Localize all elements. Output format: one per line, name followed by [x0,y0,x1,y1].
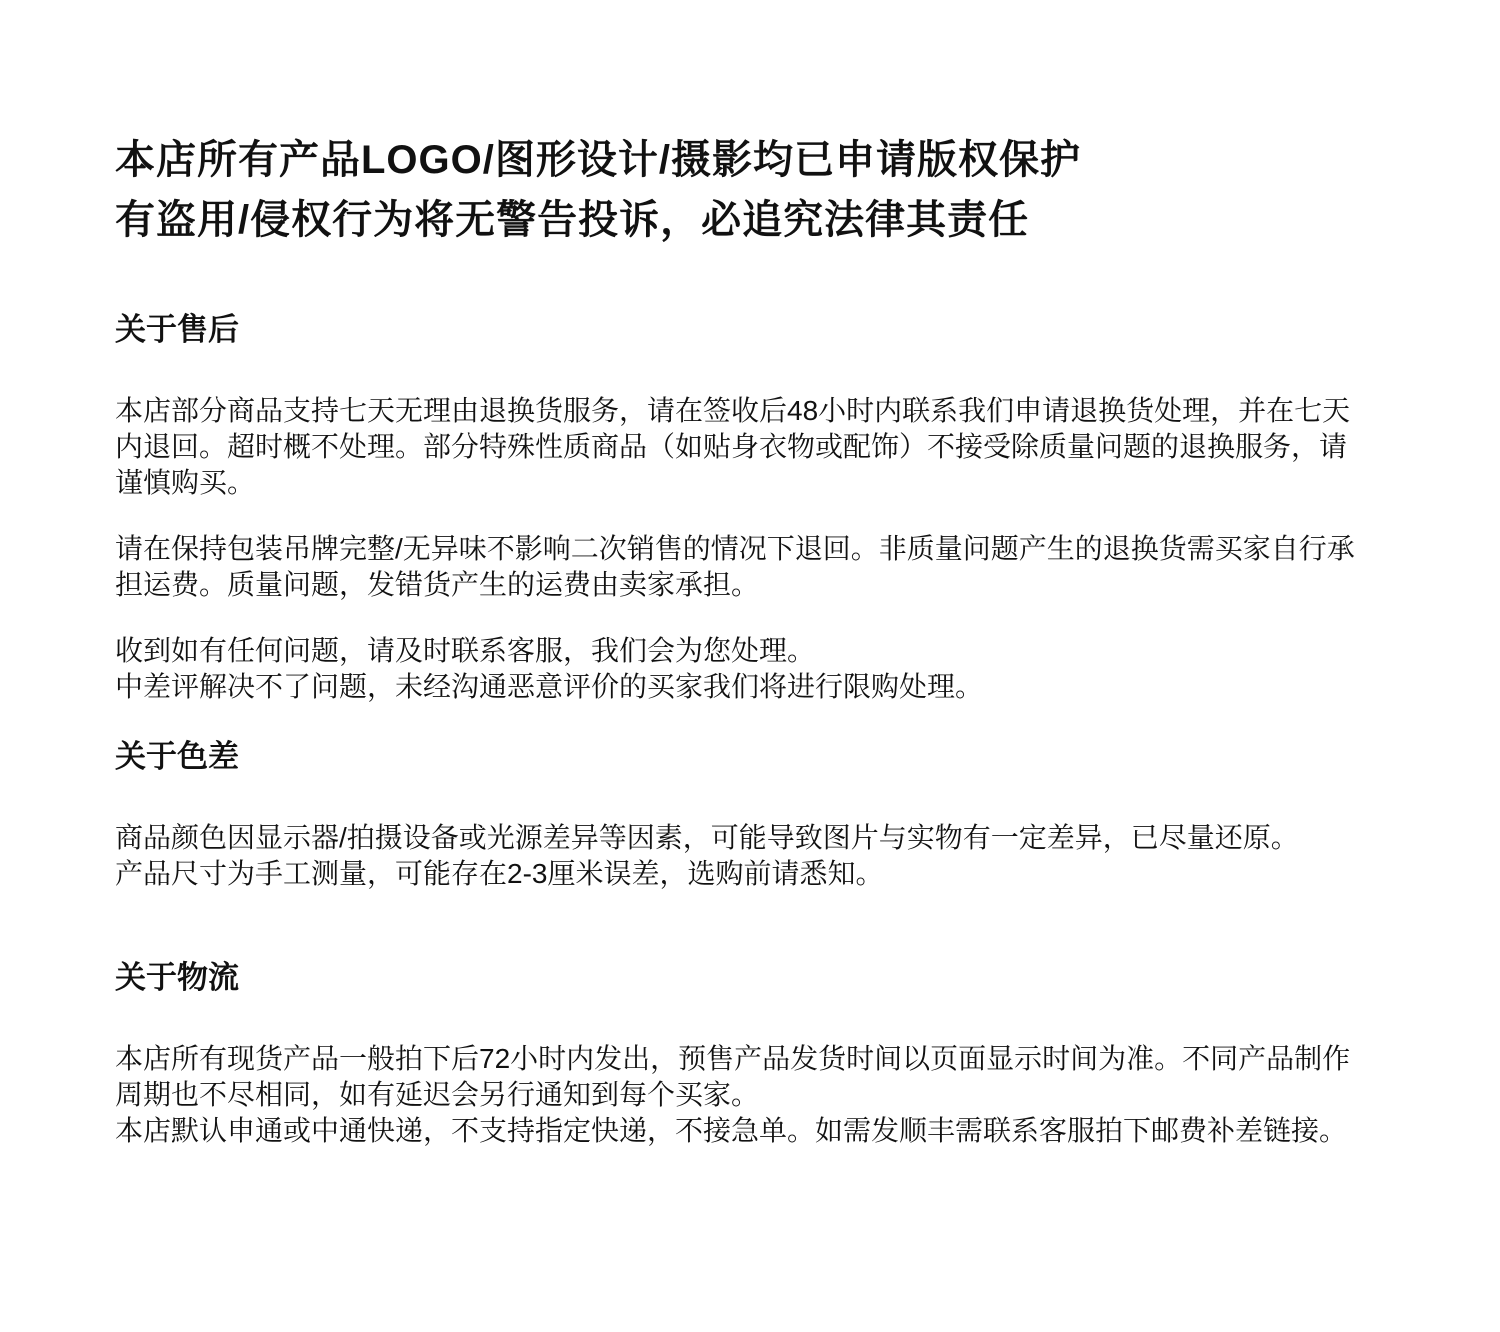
text-line: 商品颜色因显示器/拍摄设备或光源差异等因素，可能导致图片与实物有一定差异，已尽量… [115,820,1400,856]
after-sales-paragraph-shipping-fee: 请在保持包装吊牌完整/无异味不影响二次销售的情况下退回。非质量问题产生的退换货需… [115,531,1400,603]
section-after-sales: 关于售后 本店部分商品支持七天无理由退换货服务，请在签收后48小时内联系我们申请… [115,308,1400,705]
copyright-line-1: 本店所有产品LOGO/图形设计/摄影均已申请版权保护 [115,130,1400,190]
section-heading-color-difference: 关于色差 [115,735,1400,778]
text-line: 中差评解决不了问题，未经沟通恶意评价的买家我们将进行限购处理。 [115,669,1400,705]
text-line: 内退回。超时概不处理。部分特殊性质商品（如贴身衣物或配饰）不接受除质量问题的退换… [115,429,1400,465]
after-sales-paragraph-contact-service: 收到如有任何问题，请及时联系客服，我们会为您处理。 中差评解决不了问题，未经沟通… [115,633,1400,705]
text-line: 周期也不尽相同，如有延迟会另行通知到每个买家。 [115,1077,1400,1113]
copyright-notice: 本店所有产品LOGO/图形设计/摄影均已申请版权保护 有盗用/侵权行为将无警告投… [115,130,1400,250]
after-sales-paragraph-return-policy: 本店部分商品支持七天无理由退换货服务，请在签收后48小时内联系我们申请退换货处理… [115,393,1400,501]
section-color-difference: 关于色差 商品颜色因显示器/拍摄设备或光源差异等因素，可能导致图片与实物有一定差… [115,735,1400,892]
text-line: 谨慎购买。 [115,465,1400,501]
section-heading-after-sales: 关于售后 [115,308,1400,351]
section-heading-logistics: 关于物流 [115,956,1400,999]
text-line: 本店部分商品支持七天无理由退换货服务，请在签收后48小时内联系我们申请退换货处理… [115,393,1400,429]
logistics-paragraph: 本店所有现货产品一般拍下后72小时内发出，预售产品发货时间以页面显示时间为准。不… [115,1041,1400,1149]
text-line: 产品尺寸为手工测量，可能存在2-3厘米误差，选购前请悉知。 [115,856,1400,892]
text-line: 担运费。质量问题，发错货产生的运费由卖家承担。 [115,567,1400,603]
text-line: 收到如有任何问题，请及时联系客服，我们会为您处理。 [115,633,1400,669]
copyright-line-2: 有盗用/侵权行为将无警告投诉，必追究法律其责任 [115,190,1400,250]
text-line: 本店默认申通或中通快递，不支持指定快递，不接急单。如需发顺丰需联系客服拍下邮费补… [115,1113,1400,1149]
section-logistics: 关于物流 本店所有现货产品一般拍下后72小时内发出，预售产品发货时间以页面显示时… [115,956,1400,1149]
store-policy-page: 本店所有产品LOGO/图形设计/摄影均已申请版权保护 有盗用/侵权行为将无警告投… [0,0,1500,1332]
text-line: 本店所有现货产品一般拍下后72小时内发出，预售产品发货时间以页面显示时间为准。不… [115,1041,1400,1077]
text-line: 请在保持包装吊牌完整/无异味不影响二次销售的情况下退回。非质量问题产生的退换货需… [115,531,1400,567]
color-difference-paragraph: 商品颜色因显示器/拍摄设备或光源差异等因素，可能导致图片与实物有一定差异，已尽量… [115,820,1400,892]
